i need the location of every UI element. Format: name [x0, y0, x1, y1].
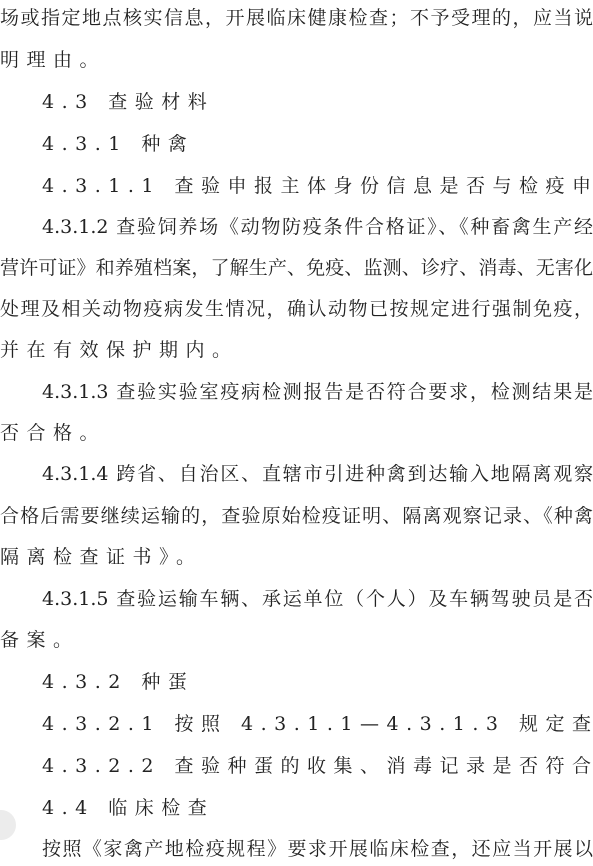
paragraph-line: 场或指定地点核实信息，开展临床健康检查；不予受理的，应当说 [0, 3, 593, 33]
paragraph-line: 合格后需要继续运输的，查验原始检疫证明、隔离观察记录、《种禽 [0, 501, 593, 531]
section-heading-4-3: 4.3 查验材料 [42, 87, 214, 117]
section-heading-4-3-1: 4.3.1 种禽 [42, 129, 194, 159]
paragraph-line: 否合格。 [0, 418, 106, 448]
paragraph-line: 明理由。 [0, 45, 106, 75]
clause-4-3-1-2: 4.3.1.2 查验饲养场《动物防疫条件合格证》、《种畜禽生产经 [42, 212, 593, 242]
clause-4-3-2-1: 4.3.2.1 按照 4.3.1.1—4.3.1.3 规定查验相关材料。 [42, 709, 593, 739]
clause-4-3-1-1: 4.3.1.1 查验申报主体身份信息是否与检疫申报单相符。 [42, 171, 593, 201]
clause-4-3-1-4: 4.3.1.4 跨省、自治区、直辖市引进种禽到达输入地隔离观察 [42, 459, 593, 489]
clause-4-3-2-2: 4.3.2.2 查验种蛋的收集、消毒记录是否符合要求。 [42, 751, 593, 781]
paragraph-line: 处理及相关动物疫病发生情况，确认动物已按规定进行强制免疫， [0, 294, 593, 324]
paragraph-line: 并在有效保护期内。 [0, 335, 239, 365]
paragraph-line: 备案。 [0, 625, 80, 655]
section-heading-4-3-2: 4.3.2 种蛋 [42, 667, 194, 697]
page-edge-shadow [0, 810, 16, 840]
clause-4-3-1-3: 4.3.1.3 查验实验室疫病检测报告是否符合要求，检测结果是 [42, 377, 593, 407]
paragraph-line: 按照《家禽产地检疫规程》要求开展临床检查，还应当开展以 [42, 834, 593, 864]
paragraph-line: 隔离检查证书》。 [0, 542, 203, 572]
clause-4-3-1-5: 4.3.1.5 查验运输车辆、承运单位（个人）及车辆驾驶员是否 [42, 584, 593, 614]
paragraph-line: 营许可证》和养殖档案，了解生产、免疫、监测、诊疗、消毒、无害化 [0, 253, 593, 283]
section-heading-4-4: 4.4 临床检查 [42, 793, 214, 823]
